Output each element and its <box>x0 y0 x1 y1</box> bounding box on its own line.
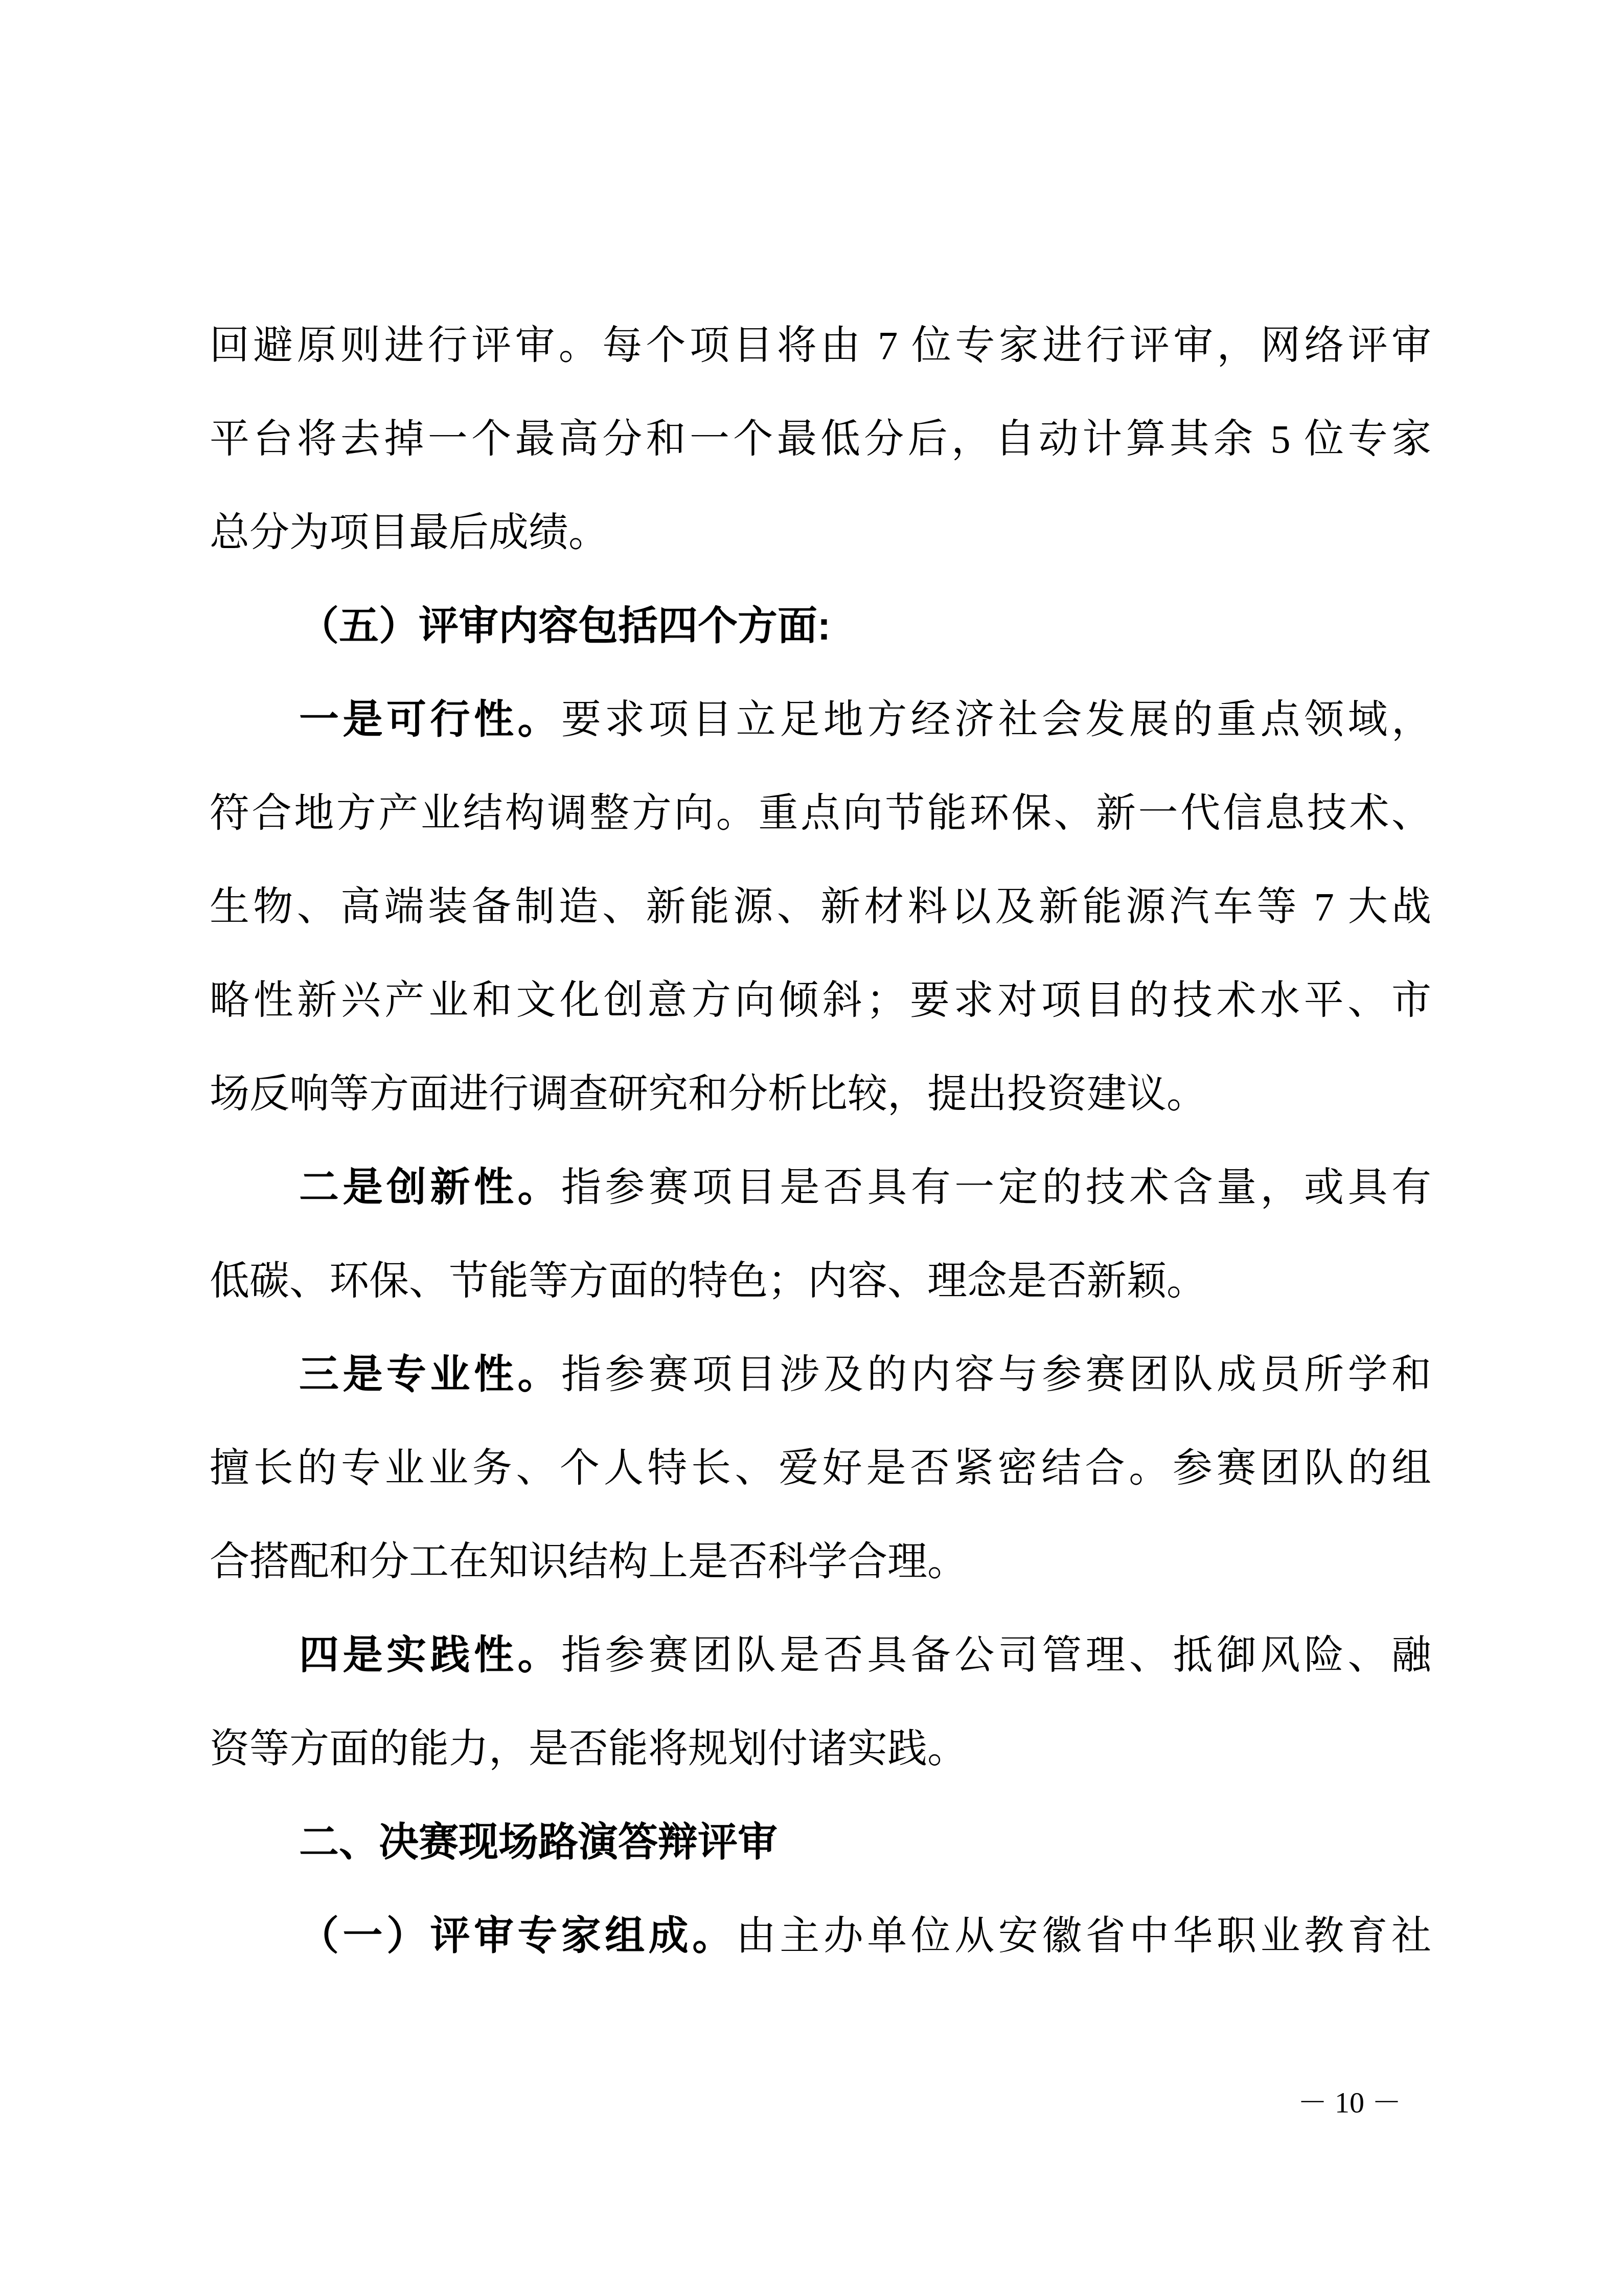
text-line: 三是专业性。指参赛项目涉及的内容与参赛团队成员所学和 <box>210 1328 1431 1421</box>
page-number: － 10 － <box>1268 2080 1431 2126</box>
text-line-text: 平台将去掉一个最高分和一个最低分后，自动计算其余 5 位专家 <box>210 417 1431 461</box>
text-line-text: 要求项目立足地方经济社会发展的重点领域， <box>561 697 1431 742</box>
text-line: 合搭配和分工在知识结构上是否科学合理。 <box>210 1515 1431 1608</box>
text-line: 场反响等方面进行调查研究和分析比较，提出投资建议。 <box>210 1047 1431 1141</box>
text-line-text: 合搭配和分工在知识结构上是否科学合理。 <box>210 1539 967 1584</box>
document-body: 回避原则进行评审。每个项目将由 7 位专家进行评审，网络评审平台将去掉一个最高分… <box>210 299 1431 1983</box>
text-line: 一是可行性。要求项目立足地方经济社会发展的重点领域， <box>210 673 1431 766</box>
text-line-bold-segment: 一是可行性。 <box>299 697 561 742</box>
text-line: （一）评审专家组成。由主办单位从安徽省中华职业教育社 <box>210 1889 1431 1983</box>
text-line: 四是实践性。指参赛团队是否具备公司管理、抵御风险、融 <box>210 1608 1431 1702</box>
text-line-text: 回避原则进行评审。每个项目将由 7 位专家进行评审，网络评审 <box>210 323 1431 368</box>
text-line-text: 总分为项目最后成绩。 <box>210 510 608 555</box>
text-line-text: 生物、高端装备制造、新能源、新材料以及新能源汽车等 7 大战 <box>210 884 1431 929</box>
text-line-text: 符合地方产业结构调整方向。重点向节能环保、新一代信息技术、 <box>210 791 1431 835</box>
document-page: 回避原则进行评审。每个项目将由 7 位专家进行评审，网络评审平台将去掉一个最高分… <box>0 0 1623 2296</box>
text-line: 资等方面的能力，是否能将规划付诸实践。 <box>210 1702 1431 1795</box>
text-line: （五）评审内容包括四个方面: <box>210 579 1431 673</box>
text-line-text: 擅长的专业业务、个人特长、爱好是否紧密结合。参赛团队的组 <box>210 1446 1431 1490</box>
text-line: 生物、高端装备制造、新能源、新材料以及新能源汽车等 7 大战 <box>210 860 1431 953</box>
text-line: 擅长的专业业务、个人特长、爱好是否紧密结合。参赛团队的组 <box>210 1421 1431 1515</box>
text-line-bold-segment: 二是创新性。 <box>299 1165 561 1210</box>
text-line: 二是创新性。指参赛项目是否具有一定的技术含量，或具有 <box>210 1141 1431 1234</box>
text-line: 总分为项目最后成绩。 <box>210 486 1431 579</box>
text-line: 低碳、环保、节能等方面的特色；内容、理念是否新颖。 <box>210 1234 1431 1328</box>
text-line-text: 指参赛团队是否具备公司管理、抵御风险、融 <box>561 1633 1431 1677</box>
text-line-bold-segment: （一）评审专家组成。 <box>299 1913 736 1958</box>
text-line: 略性新兴产业和文化创意方向倾斜；要求对项目的技术水平、市 <box>210 953 1431 1047</box>
text-line-text: 由主办单位从安徽省中华职业教育社 <box>736 1914 1431 1958</box>
text-line-bold-segment: 四是实践性。 <box>299 1632 561 1677</box>
text-line-bold-segment: 二、决赛现场路演答辩评审 <box>299 1820 778 1865</box>
text-line: 二、决赛现场路演答辩评审 <box>210 1795 1431 1889</box>
text-line-text: 低碳、环保、节能等方面的特色；内容、理念是否新颖。 <box>210 1259 1206 1303</box>
text-line-bold-segment: 三是专业性。 <box>299 1352 561 1397</box>
text-line: 符合地方产业结构调整方向。重点向节能环保、新一代信息技术、 <box>210 766 1431 860</box>
text-line-text: 场反响等方面进行调查研究和分析比较，提出投资建议。 <box>210 1072 1206 1116</box>
text-line-text: 略性新兴产业和文化创意方向倾斜；要求对项目的技术水平、市 <box>210 978 1431 1022</box>
text-line-text: 资等方面的能力，是否能将规划付诸实践。 <box>210 1726 967 1771</box>
text-line-bold-segment: （五）评审内容包括四个方面: <box>299 603 831 648</box>
text-line-text: 指参赛项目涉及的内容与参赛团队成员所学和 <box>561 1352 1431 1397</box>
text-line: 平台将去掉一个最高分和一个最低分后，自动计算其余 5 位专家 <box>210 392 1431 486</box>
text-line-text: 指参赛项目是否具有一定的技术含量，或具有 <box>561 1165 1431 1210</box>
text-line: 回避原则进行评审。每个项目将由 7 位专家进行评审，网络评审 <box>210 299 1431 392</box>
